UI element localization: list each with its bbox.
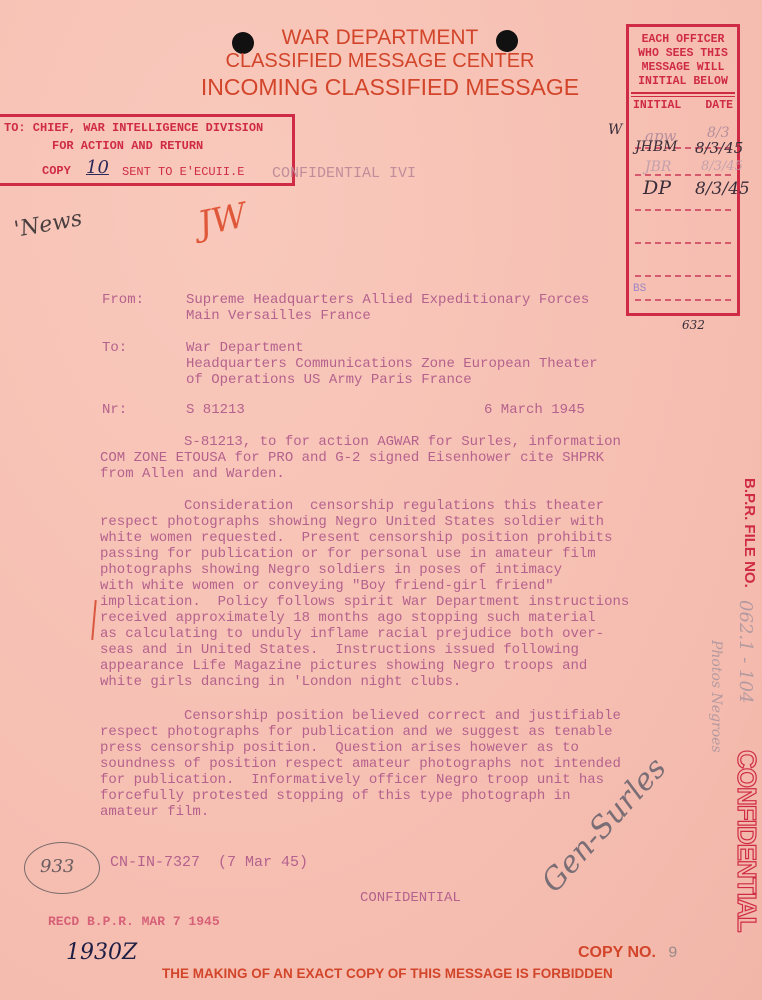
paragraph-line: respect photographs for publication and … [100,724,621,740]
paragraph-line: S-81213, to for action AGWAR for Surles,… [100,434,621,450]
routing-action-line: FOR ACTION AND RETURN [52,139,203,153]
officer-initial-4: DP [643,177,671,199]
col-initial-label: INITIAL [633,99,681,112]
paragraph-line: COM ZONE ETOUSA for PRO and G-2 signed E… [100,450,621,466]
routing-copy-label: COPY [42,164,71,178]
message-paragraph-2: Consideration censorship regulations thi… [100,498,629,690]
officer-footer-mark: BS [633,283,646,295]
officer-initial-3: JBR [645,159,671,175]
to-label: To: [102,340,127,356]
paragraph-line: press censorship position. Question aris… [100,740,621,756]
circled-number-text: 933 [40,856,74,877]
routing-stamp-box: TO: CHIEF, WAR INTELLIGENCE DIVISION FOR… [0,114,295,186]
from-label: From: [102,292,144,308]
margin-mark-red [91,600,96,640]
copy-number-label: COPY NO. [578,944,656,962]
from-line-1: Supreme Headquarters Allied Expeditionar… [186,292,589,308]
officer-heading-3: MESSAGE WILL [629,61,737,75]
paragraph-line: soundness of position respect amateur ph… [100,756,621,772]
message-date: 6 March 1945 [484,402,585,418]
routing-copy-number: 10 [86,157,109,178]
routing-to-line: TO: CHIEF, WAR INTELLIGENCE DIVISION [4,121,263,135]
side-confidential-stamp: CONFIDENTIAL [731,750,762,932]
paragraph-line: white girls dancing in 'London night clu… [100,674,629,690]
paragraph-line: appearance Life Magazine pictures showin… [100,658,629,674]
paragraph-line: from Allen and Warden. [100,466,621,482]
side-handwritten-note: Photos Negroes [708,640,724,753]
nr-label: Nr: [102,402,127,418]
paragraph-line: amateur film. [100,804,621,820]
bpr-file-label: B.P.R. FILE NO. [741,478,758,588]
initial-line [635,275,731,277]
handwritten-news: 'News [12,206,84,243]
col-date-label: DATE [705,99,733,112]
initial-line [635,209,731,211]
officer-heading-1: EACH OFFICER [629,33,737,47]
paragraph-line: as calculating to unduly inflame racial … [100,626,629,642]
paragraph-line: Censorship position believed correct and… [100,708,621,724]
paragraph-line: implication. Policy follows spirit War D… [100,594,629,610]
officer-initial-2: JHBM [635,139,677,155]
paragraph-line: received approximately 18 months ago sto… [100,610,629,626]
copy-number-value: 9 [668,944,678,962]
header-message-center: CLASSIFIED MESSAGE CENTER [200,50,560,73]
officer-heading-2: WHO SEES THIS [629,47,737,61]
paragraph-line: photographs showing Negro soldiers in po… [100,562,629,578]
officer-date-2: 8/3/45 [695,139,743,157]
paragraph-line: with white women or conveying "Boy frien… [100,578,629,594]
paragraph-line: forcefully protested stopping of this ty… [100,788,621,804]
classification-bottom: CONFIDENTIAL [360,890,461,906]
officer-date-3: 8/3/45 [701,159,743,174]
officer-box-note: 632 [682,318,705,332]
paragraph-line: seas and in United States. Instructions … [100,642,629,658]
paragraph-line: passing for publication or for personal … [100,546,629,562]
copy-forbidden-warning: THE MAKING OF AN EXACT COPY OF THIS MESS… [162,966,613,981]
from-line-2: Main Versailles France [186,308,371,324]
to-line-3: of Operations US Army Paris France [186,372,472,388]
message-paragraph-3: Censorship position believed correct and… [100,708,621,820]
to-line-2: Headquarters Communications Zone Europea… [186,356,598,372]
bpr-file-number: 062.1 - 104 [735,600,756,703]
received-stamp: RECD B.P.R. MAR 7 1945 [48,914,220,929]
cn-reference: CN-IN-7327 (7 Mar 45) [110,855,308,871]
paragraph-line: Consideration censorship regulations thi… [100,498,629,514]
to-line-1: War Department [186,340,304,356]
header-incoming: INCOMING CLASSIFIED MESSAGE [180,74,600,101]
nr-value: S 81213 [186,402,245,418]
handwritten-initials-red: JW [194,195,250,244]
message-paragraph-1: S-81213, to for action AGWAR for Surles,… [100,434,621,482]
paragraph-line: for publication. Informatively officer N… [100,772,621,788]
handwritten-time: 1930Z [66,940,137,965]
header-war-department: WAR DEPARTMENT [230,26,530,50]
routing-sent-to: SENT TO E'ECUII.E [122,165,244,179]
officer-date-4: 8/3/45 [695,179,750,199]
paragraph-line: respect photographs showing Negro United… [100,514,629,530]
initial-line [635,242,731,244]
paragraph-line: white women requested. Present censorshi… [100,530,629,546]
initial-line [635,299,731,301]
officer-heading-4: INITIAL BELOW [629,75,737,89]
classification-top: CONFIDENTIAL IVI [272,166,416,182]
handwritten-w-mark: W [608,122,622,138]
officer-initial-box: EACH OFFICER WHO SEES THIS MESSAGE WILL … [626,24,740,316]
